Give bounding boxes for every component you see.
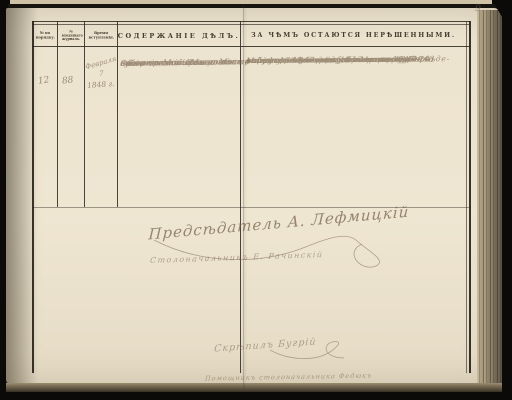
- entry-date-day: 7: [99, 70, 103, 78]
- entry-journal-number: 88: [62, 75, 74, 86]
- header-cell-order-label: № по порядку.: [36, 31, 55, 40]
- bottom-black-margin: [0, 392, 512, 400]
- entry-order-number: 12: [37, 75, 50, 86]
- column-divider-journal: [84, 21, 85, 207]
- table-top-line-outer: [32, 21, 470, 22]
- certified-flourish: [268, 338, 348, 364]
- table-right-border-inner: [466, 21, 467, 373]
- header-cell-content: СОДЕРЖАНІЕ ДѢЛЪ.: [118, 25, 240, 46]
- column-divider-received: [117, 21, 118, 207]
- column-divider-order: [57, 21, 58, 207]
- pencil-page-number: 9: [474, 4, 481, 15]
- header-cell-received-label: Время вступленія.: [89, 31, 114, 40]
- header-cell-journal-label: № входящаго журнала.: [62, 30, 81, 41]
- header-cell-received: Время вступленія.: [85, 25, 117, 46]
- column-divider-content: [240, 21, 241, 373]
- scanned-ledger-photo: 9 № по порядку. № входящаго журнала. Вре…: [0, 0, 512, 400]
- header-cell-unresolved-label: ЗА ЧѢМЪ ОСТАЮТСЯ НЕРѢШЕННЫМИ.: [251, 32, 456, 39]
- header-bottom-line: [32, 46, 470, 47]
- table-right-border-outer: [469, 21, 471, 373]
- page-stack-right-edge: [477, 10, 503, 386]
- flourish-stroke: [270, 342, 344, 359]
- right-black-margin: [502, 0, 512, 400]
- header-cell-journal: № входящаго журнала.: [58, 24, 84, 47]
- entry-date-year: 1848 г.: [87, 79, 115, 90]
- header-cell-order: № по порядку.: [33, 25, 57, 46]
- handwriting-line: скаго.: [120, 55, 149, 72]
- table-left-border: [32, 21, 34, 373]
- header-cell-unresolved: ЗА ЧѢМЪ ОСТАЮТСЯ НЕРѢШЕННЫМИ.: [241, 25, 466, 46]
- header-cell-content-label: СОДЕРЖАНІЕ ДѢЛЪ.: [118, 32, 240, 40]
- handwriting-line: по сформированіи еще не получено.: [246, 52, 430, 68]
